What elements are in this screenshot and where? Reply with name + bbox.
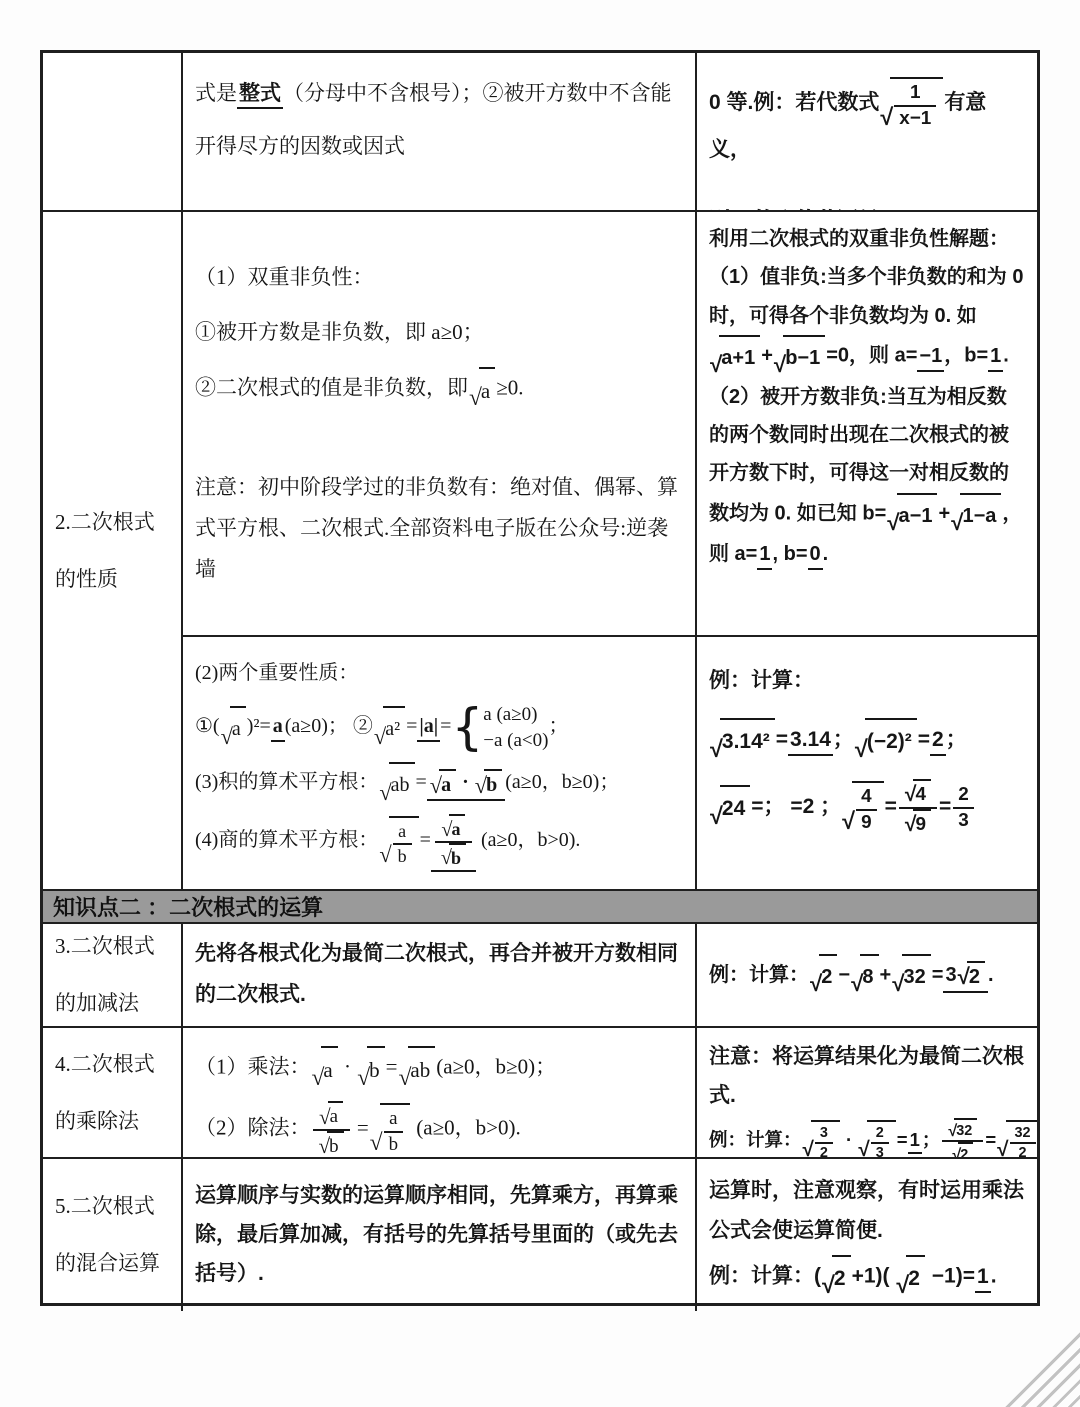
sqrt-expression: √24 xyxy=(710,785,750,830)
sqrt-expression: √1x−1 xyxy=(880,77,943,130)
sqrt-expression: √b xyxy=(441,843,466,870)
fraction: 23 xyxy=(871,1124,889,1157)
knowledge-point-2-header: 知识点二 ：二次根式的运算 xyxy=(43,889,1037,922)
text-line: （1）值非负:当多个非负数的和为 0 时，可得各个非负数均为 0. 如√a+1+… xyxy=(709,258,1025,377)
sqrt-expression: √a² xyxy=(374,706,405,749)
sqrt-expression: √2 xyxy=(958,961,985,990)
radicand: a xyxy=(230,706,246,749)
sqrt-expression: √ab xyxy=(379,816,418,867)
fraction-denominator: √9 xyxy=(899,807,937,837)
mixed-operations-rule-cell: 运算顺序与实数的运算顺序相同，先算乘方，再算乘除，最后算加减，有括号的先算括号里… xyxy=(181,1159,695,1311)
radicand: b xyxy=(327,1131,343,1157)
sqrt-expression: √a xyxy=(430,769,456,798)
fraction-denominator: √2 xyxy=(942,1140,983,1157)
knowledge-table: 式是整式（分母中不含根号）；②被开方数中不含能开得尽方的因数或因式 0 等.例：… xyxy=(40,50,1040,1306)
fraction: 322 xyxy=(1010,1124,1036,1157)
fraction-numerator: 3 xyxy=(815,1124,833,1142)
text-line: 例：计算：√32 · √23=1；√32√2=√322=4. xyxy=(709,1118,1025,1157)
text-line: ②二次根式的值是非负数，即√a≥0. xyxy=(195,367,683,412)
radicand: 1x−1 xyxy=(890,77,943,130)
radicand: 8 xyxy=(860,954,878,997)
radicand: a−1 xyxy=(897,493,938,535)
underlined-answer: √a · √b xyxy=(427,769,505,801)
radicand: 32 xyxy=(954,1118,977,1140)
underlined-answer: 1 xyxy=(988,344,1003,372)
radicand: 2 xyxy=(832,1255,851,1299)
radicand: 9 xyxy=(913,809,931,837)
multiply-divide-example-cell: 注意：将运算结果化为最简二次根式.例：计算：√32 · √23=1；√32√2=… xyxy=(695,1028,1037,1157)
sqrt-expression: √32 xyxy=(948,1118,977,1140)
text-line: √3.14²=3.14；√(−2)²=2； xyxy=(709,718,1025,763)
multiply-divide-rule-cell: （1）乘法：√a · √b=√ab(a≥0，b≥0)；（2）除法：√a√b =√… xyxy=(181,1028,695,1157)
text-line: 注意：将运算结果化为最简二次根式. xyxy=(709,1038,1025,1116)
radicand: 2 xyxy=(906,1255,925,1299)
fraction-denominator: x−1 xyxy=(894,105,936,131)
sqrt-expression: √ab xyxy=(370,1103,410,1156)
sqrt-expression: √32 xyxy=(892,954,931,997)
fraction-numerator: a xyxy=(384,1107,403,1131)
underlined-answer: 3.14 xyxy=(788,727,833,756)
fraction: √4√9 xyxy=(899,779,937,836)
text-line: 4.二次根式 xyxy=(55,1044,173,1085)
sqrt-expression: √ab xyxy=(379,762,414,805)
radicand: 4 xyxy=(913,779,931,807)
radicand: 322 xyxy=(1006,1120,1037,1157)
radicand: a xyxy=(439,769,456,798)
sqrt-expression: √2 xyxy=(822,1255,851,1299)
radicand: a xyxy=(321,1046,337,1091)
radicand: a xyxy=(328,1101,343,1129)
underlined-answer: 3√2 xyxy=(943,961,988,993)
radicand: ab xyxy=(389,762,415,805)
underlined-answer: 2 xyxy=(930,727,946,756)
radicand: b xyxy=(449,843,466,870)
two-key-properties-cell: (2)两个重要性质：①(√a)²=a(a≥0)； ②√a²=|a|={a (a≥… xyxy=(183,637,695,889)
underlined-answer: 整式 xyxy=(237,80,283,109)
cases-row: a (a≥0) xyxy=(483,702,548,728)
fraction-denominator: 3 xyxy=(871,1142,889,1157)
fraction-numerator: 1 xyxy=(894,81,936,105)
sqrt-expression: √32 xyxy=(803,1120,840,1157)
sqrt-expression: √2 xyxy=(952,1142,973,1157)
definition-example-cell: 0 等.例：若代数式√1x−1有意义，则 x 的取值范围是 x≥1. xyxy=(695,53,1037,210)
add-subtract-example-cell: 例：计算：√2−√8+√32=3√2. xyxy=(695,924,1037,1026)
radicand: 2 xyxy=(958,1142,973,1157)
piecewise-cases: {a (a≥0)−a (a<0) xyxy=(451,702,548,753)
radicand: 2 xyxy=(819,954,837,997)
text-line: (3)积的算术平方根：√ab=√a · √b(a≥0，b≥0)； xyxy=(195,762,683,805)
row-label-empty xyxy=(43,53,181,210)
text-line: 的性质 xyxy=(55,559,173,600)
text-line: 3.二次根式 xyxy=(55,926,173,967)
sqrt-expression: √b xyxy=(357,1046,384,1091)
text-line: 的混合运算 xyxy=(55,1243,173,1284)
row-label-multiply-divide: 4.二次根式的乘除法 xyxy=(43,1028,181,1157)
fraction-denominator: √b xyxy=(313,1129,350,1157)
radicand: 24 xyxy=(720,785,750,830)
underlined-answer: 1 xyxy=(975,1264,991,1293)
text-line: 的乘除法 xyxy=(55,1101,173,1142)
fraction-numerator: √4 xyxy=(899,779,937,807)
text-line: 注意：初中阶段学过的非负数有：绝对值、偶幂、算式平方根、二次根式.全部资料电子版… xyxy=(195,467,683,590)
underlined-answer: √a√b xyxy=(431,814,476,872)
fraction-numerator: √a xyxy=(435,814,472,841)
text-line: 开得尽方的因数或因式 xyxy=(195,126,683,167)
radicand: a xyxy=(479,367,495,412)
sqrt-expression: √9 xyxy=(905,809,931,837)
row-4-multiplication-division: 4.二次根式的乘除法 （1）乘法：√a · √b=√ab(a≥0，b≥0)；（2… xyxy=(43,1026,1037,1157)
text-line: 例：计算： xyxy=(709,661,1025,702)
mixed-operations-example-cell: 运算时，注意观察，有时运用乘法公式会使运算简便.例：计算：(√2+1)( √2 … xyxy=(695,1159,1037,1311)
radicand: (−2)² xyxy=(865,718,917,763)
underlined-answer: 1 xyxy=(908,1128,922,1154)
properties-subrow-key-properties: (2)两个重要性质：①(√a)²=a(a≥0)； ②√a²=|a|={a (a≥… xyxy=(183,635,1037,889)
row-label-properties: 2.二次根式的性质 xyxy=(43,212,181,889)
fraction-denominator: 3 xyxy=(953,807,974,833)
text-line: 2.二次根式 xyxy=(55,502,173,543)
fraction-denominator: 2 xyxy=(815,1142,833,1157)
fraction: √32√2 xyxy=(942,1118,983,1157)
scanned-study-sheet: { "colors": { "border": "#1f1f1f", "head… xyxy=(0,0,1080,1407)
sqrt-expression: √b−1 xyxy=(774,335,825,377)
fraction: ab xyxy=(393,820,412,867)
cases-rows: a (a≥0)−a (a<0) xyxy=(483,702,548,753)
definition-continuation-cell: 式是整式（分母中不含根号）；②被开方数中不含能开得尽方的因数或因式 xyxy=(181,53,695,210)
row-5-mixed-operations: 5.二次根式的混合运算 运算顺序与实数的运算顺序相同，先算乘方，再算乘除，最后算… xyxy=(43,1157,1037,1311)
properties-content-split: （1）双重非负性：①被开方数是非负数，即 a≥0；②二次根式的值是非负数，即√a… xyxy=(181,212,1037,889)
text-line: 5.二次根式 xyxy=(55,1186,173,1227)
radicand: 49 xyxy=(852,781,884,834)
text-line: （1）乘法：√a · √b=√ab(a≥0，b≥0)； xyxy=(195,1046,683,1091)
sqrt-expression: √(−2)² xyxy=(855,718,917,763)
radicand: 32 xyxy=(902,954,931,997)
sqrt-expression: √8 xyxy=(851,954,878,997)
sqrt-expression: √a+1 xyxy=(710,335,760,377)
key-properties-example-cell: 例：计算：√3.14²=3.14；√(−2)²=2；√24=； =2 ；√49=… xyxy=(695,637,1037,889)
fraction-denominator: 9 xyxy=(856,809,877,835)
radicand: ab xyxy=(408,1046,435,1091)
sqrt-expression: √2 xyxy=(810,954,837,997)
underlined-answer: −1 xyxy=(917,344,944,372)
properties-subrow-nonnegativity: （1）双重非负性：①被开方数是非负数，即 a≥0；②二次根式的值是非负数，即√a… xyxy=(183,212,1037,635)
fraction-numerator: √a xyxy=(313,1101,350,1129)
sqrt-expression: √a xyxy=(312,1046,338,1091)
sqrt-expression: √1−a xyxy=(951,493,1001,535)
double-nonnegativity-cell: （1）双重非负性：①被开方数是非负数，即 a≥0；②二次根式的值是非负数，即√a… xyxy=(183,212,695,635)
text-line: 利用二次根式的双重非负性解题： xyxy=(709,220,1025,258)
fraction-numerator: 2 xyxy=(871,1124,889,1142)
radicand: 2 xyxy=(967,961,985,990)
text-line: (4)商的算术平方根：√ab=√a√b (a≥0，b>0). xyxy=(195,814,683,872)
radicand: ab xyxy=(389,816,419,867)
text-line: ①被开方数是非负数，即 a≥0； xyxy=(195,312,683,353)
fraction: 1x−1 xyxy=(894,81,936,130)
fraction-numerator: a xyxy=(393,820,412,843)
text-line: 先将各根式化为最简二次根式，再合并被开方数相同的二次根式. xyxy=(195,934,683,1016)
text-line: 0 等.例：若代数式√1x−1有意义， xyxy=(709,77,1025,171)
text-line: 式是整式（分母中不含根号）；②被开方数中不含能 xyxy=(195,73,683,114)
underlined-answer: 0 xyxy=(808,542,823,570)
sqrt-expression: √2 xyxy=(896,1255,925,1299)
row-label-add-subtract: 3.二次根式的加减法 xyxy=(43,924,181,1026)
text-line: （2）除法：√a√b =√ab (a≥0，b>0). xyxy=(195,1101,683,1157)
fraction-denominator: √b xyxy=(435,841,472,870)
fraction: 49 xyxy=(856,785,877,834)
row-2-properties: 2.二次根式的性质 （1）双重非负性：①被开方数是非负数，即 a≥0；②二次根式… xyxy=(43,210,1037,889)
fraction: 23 xyxy=(953,783,974,832)
radicand: b−1 xyxy=(783,335,825,377)
sqrt-expression: √49 xyxy=(842,781,883,834)
fraction-numerator: √32 xyxy=(942,1118,983,1140)
text-line: 则 x 的取值范围是 x≥1. xyxy=(709,201,1025,210)
sqrt-expression: √a−1 xyxy=(887,493,937,535)
sqrt-expression: √322 xyxy=(997,1120,1037,1157)
text-line: ①(√a)²=a(a≥0)； ②√a²=|a|={a (a≥0)−a (a<0)… xyxy=(195,702,683,753)
sqrt-expression: √ab xyxy=(398,1046,435,1091)
radicand: ab xyxy=(380,1103,410,1156)
radicand: a+1 xyxy=(719,335,760,377)
fraction-numerator: 32 xyxy=(1010,1124,1036,1142)
text-line: 运算时，注意观察，有时运用乘法公式会使运算简便. xyxy=(709,1171,1025,1251)
fraction-denominator: b xyxy=(384,1131,403,1157)
text-line: 例：计算：√2−√8+√32=3√2. xyxy=(709,954,1025,997)
text-line: （1）双重非负性： xyxy=(195,257,683,298)
nonnegativity-example-cell: 利用二次根式的双重非负性解题：（1）值非负:当多个非负数的和为 0 时，可得各个… xyxy=(695,212,1037,635)
sqrt-expression: √b xyxy=(319,1131,344,1157)
page-corner-decoration xyxy=(996,1323,1080,1407)
fraction-denominator: 2 xyxy=(1010,1142,1036,1157)
sqrt-expression: √23 xyxy=(858,1120,895,1157)
sqrt-expression: √a xyxy=(441,814,465,841)
radicand: a xyxy=(449,814,465,841)
sqrt-expression: √b xyxy=(475,769,502,798)
sqrt-expression: √3.14² xyxy=(710,718,775,763)
radicand: a² xyxy=(383,706,405,749)
row-3-addition-subtraction: 3.二次根式的加减法 先将各根式化为最简二次根式，再合并被开方数相同的二次根式.… xyxy=(43,922,1037,1026)
sqrt-expression: √a xyxy=(319,1101,343,1129)
cases-row: −a (a<0) xyxy=(483,728,548,754)
fraction: √a√b xyxy=(435,814,472,869)
add-subtract-rule-cell: 先将各根式化为最简二次根式，再合并被开方数相同的二次根式. xyxy=(181,924,695,1026)
fraction: √a√b xyxy=(313,1101,350,1157)
radicand: 3.14² xyxy=(720,718,775,763)
text-line: (2)两个重要性质： xyxy=(195,654,683,693)
underlined-answer: 1 xyxy=(757,542,772,570)
radicand: b xyxy=(367,1046,385,1091)
fraction: ab xyxy=(384,1107,403,1156)
underlined-answer: |a| xyxy=(417,714,440,742)
text-line: （2）被开方数非负:当互为相反数的两个数同时出现在二次根式的被开方数下时，可得这… xyxy=(709,378,1025,574)
sqrt-expression: √a xyxy=(469,367,495,412)
sqrt-expression: √4 xyxy=(905,779,931,807)
row-continuation: 式是整式（分母中不含根号）；②被开方数中不含能开得尽方的因数或因式 0 等.例：… xyxy=(43,53,1037,210)
fraction: 32 xyxy=(815,1124,833,1157)
radicand: 1−a xyxy=(960,493,1001,535)
fraction-numerator: 2 xyxy=(953,783,974,807)
fraction-numerator: 4 xyxy=(856,785,877,809)
radicand: 32 xyxy=(811,1120,840,1157)
sqrt-expression: √a xyxy=(221,706,246,749)
text-line: 例：计算：(√2+1)( √2 −1)=1. xyxy=(709,1255,1025,1299)
text-line: 的加减法 xyxy=(55,983,173,1024)
fraction-denominator: b xyxy=(393,843,412,868)
section-title: 知识点二 ：二次根式的运算 xyxy=(53,891,323,922)
text-line: √24=； =2 ；√49=√4√9=23 xyxy=(709,779,1025,836)
row-label-mixed-operations: 5.二次根式的混合运算 xyxy=(43,1159,181,1311)
radicand: b xyxy=(484,769,502,798)
text-line: 运算顺序与实数的运算顺序相同，先算乘方，再算乘除，最后算加减，有括号的先算括号里… xyxy=(195,1177,683,1294)
underlined-answer: a xyxy=(271,714,285,742)
cases-brace: { xyxy=(451,705,483,750)
radicand: 23 xyxy=(867,1120,896,1157)
